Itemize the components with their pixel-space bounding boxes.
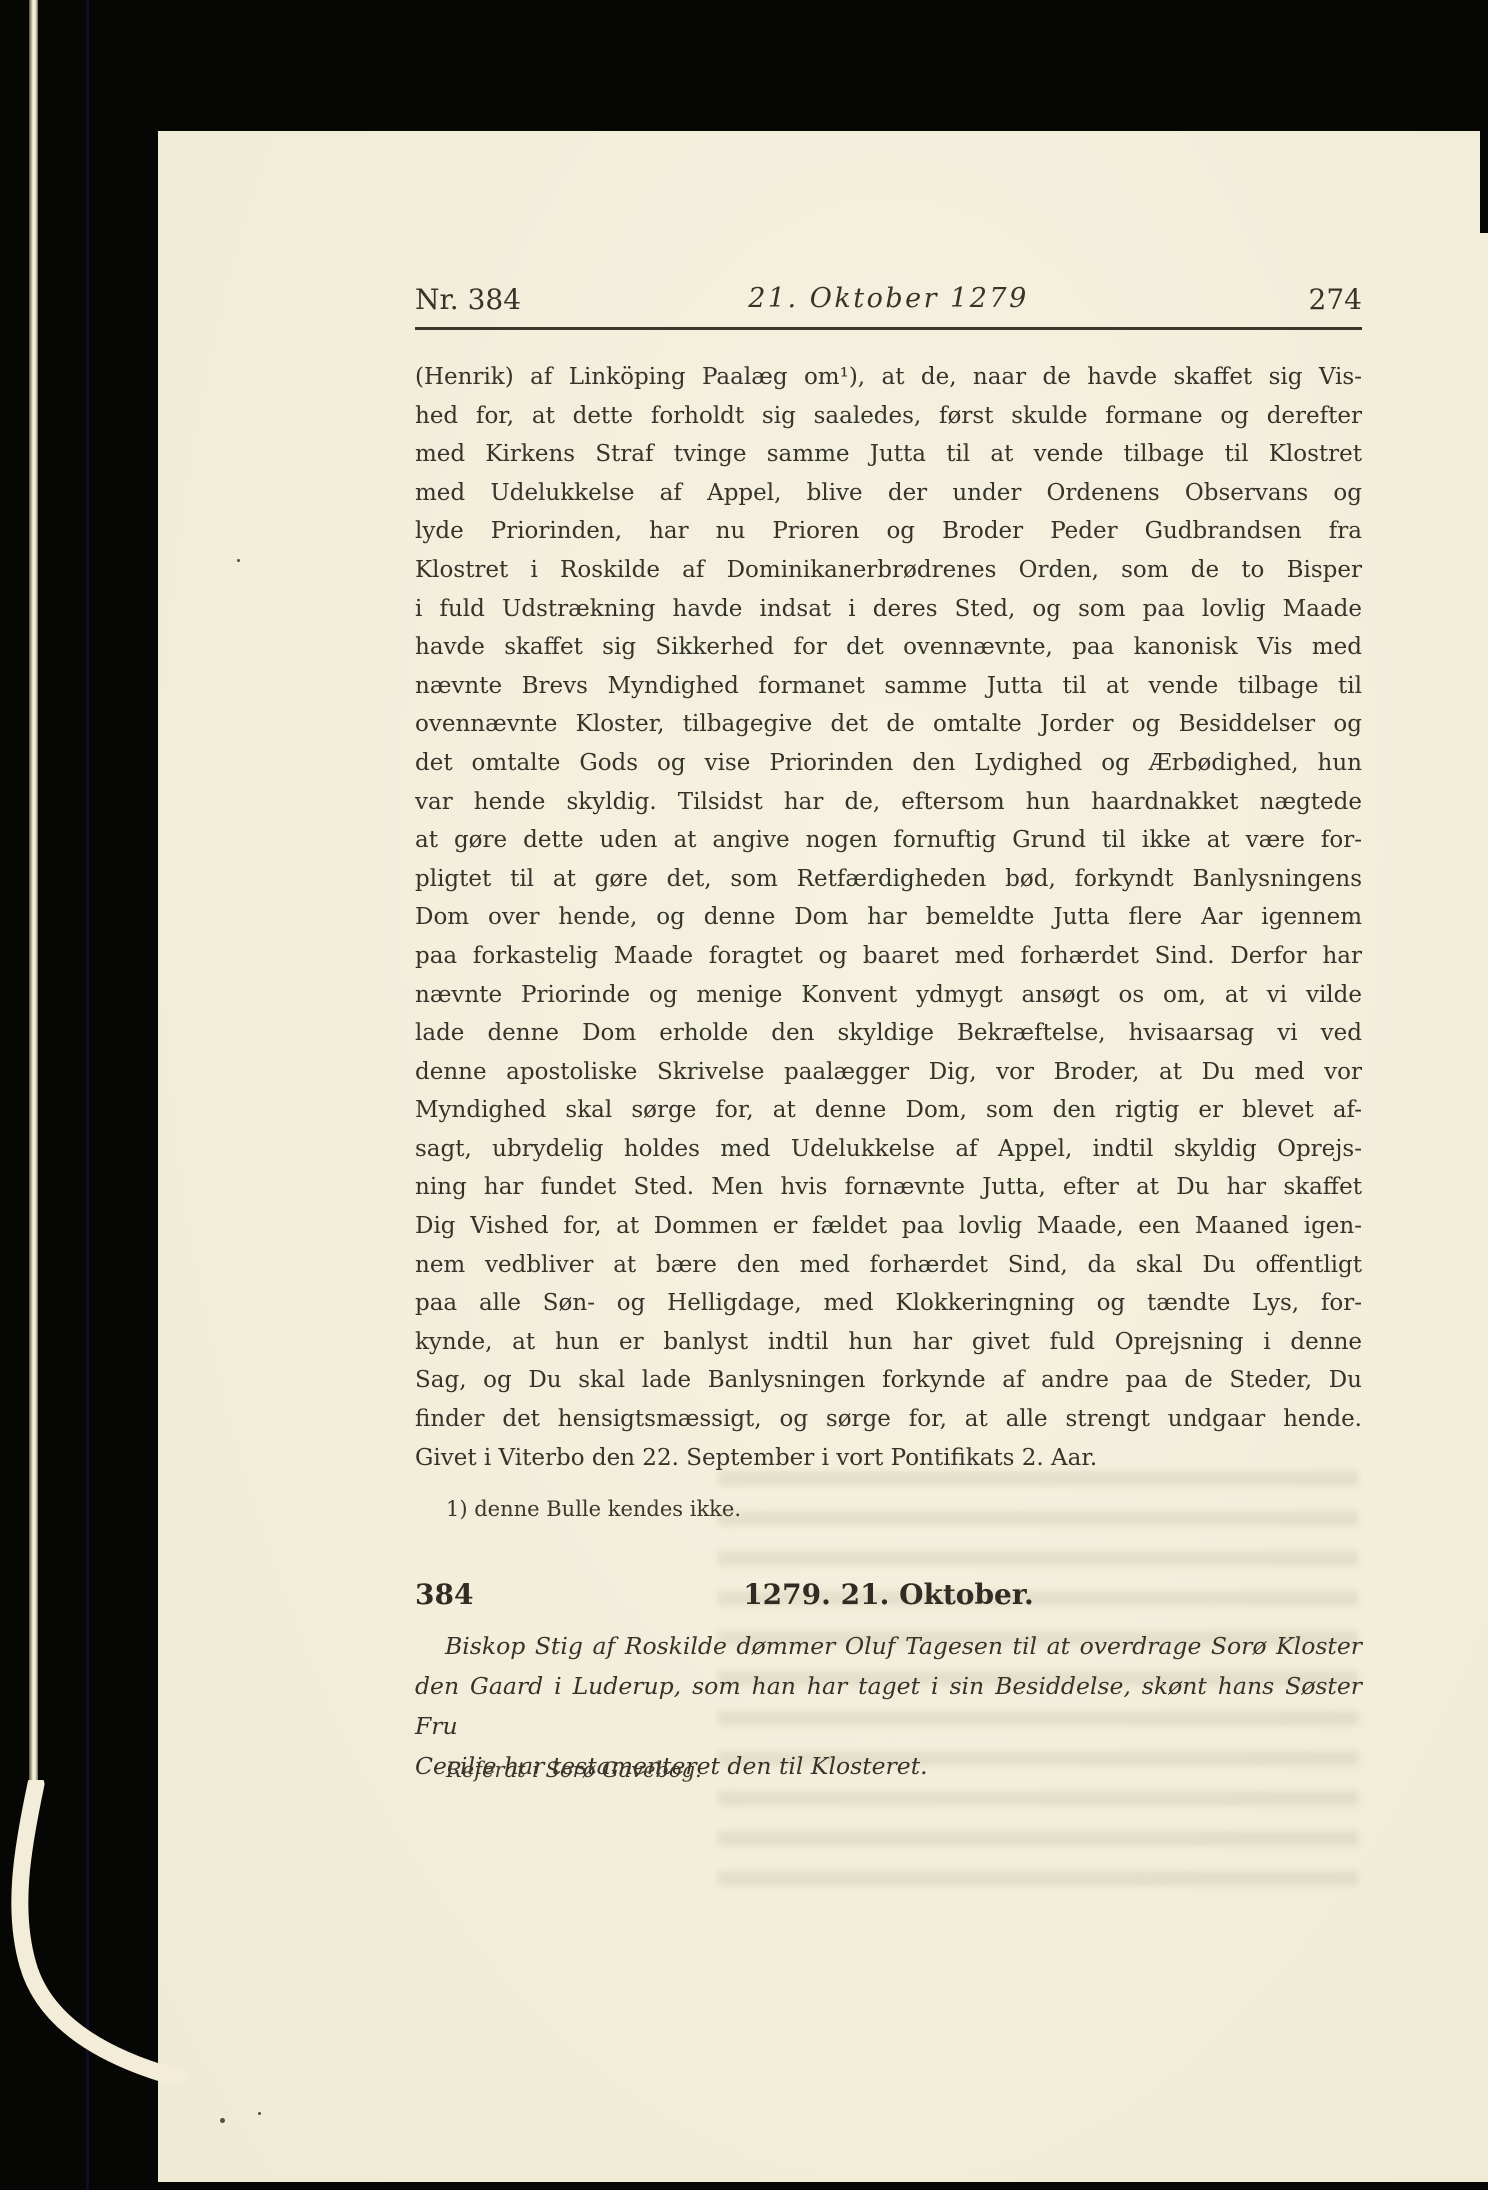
text-line: denne apostoliske Skrivelse paalægger Di… — [415, 1053, 1362, 1092]
text-line: nævnte Priorinde og menige Konvent ydmyg… — [415, 976, 1362, 1015]
text-line: i fuld Udstrækning havde indsat i deres … — [415, 590, 1362, 629]
paper-speck — [220, 2118, 225, 2123]
text-line: sagt, ubrydelig holdes med Udelukkelse a… — [415, 1130, 1362, 1169]
text-line: med Kirkens Straf tvinge samme Jutta til… — [415, 435, 1362, 474]
document-body: (Henrik) af Linköping Paalæg om¹), at de… — [415, 358, 1362, 1477]
header-rule — [415, 327, 1362, 330]
text-line: Givet i Viterbo den 22. September i vort… — [415, 1439, 1362, 1478]
text-line: Sag, og Du skal lade Banlysningen forkyn… — [415, 1361, 1362, 1400]
text-line: (Henrik) af Linköping Paalæg om¹), at de… — [415, 358, 1362, 397]
text-line: havde skaffet sig Sikkerhed for det oven… — [415, 628, 1362, 667]
paper-speck — [237, 559, 240, 562]
book-scan: Nr. 384 21. Oktober 1279 274 (Henrik) af… — [0, 0, 1488, 2190]
text-line: nævnte Brevs Myndighed formanet samme Ju… — [415, 667, 1362, 706]
text-line: Dig Vished for, at Dommen er fældet paa … — [415, 1207, 1362, 1246]
text-line: ovennævnte Kloster, tilbagegive det de o… — [415, 705, 1362, 744]
text-line: Dom over hende, og denne Dom har bemeldt… — [415, 898, 1362, 937]
entry-heading: 384 1279. 21. Oktober. — [415, 1578, 1362, 1611]
text-line: pligtet til at gøre det, som Retfærdighe… — [415, 860, 1362, 899]
page-number: 274 — [415, 283, 1362, 316]
text-line: det omtalte Gods og vise Priorinden den … — [415, 744, 1362, 783]
scan-margin-bottom — [0, 2182, 1488, 2190]
entry-number: 384 — [415, 1578, 473, 1611]
book-page: Nr. 384 21. Oktober 1279 274 (Henrik) af… — [158, 131, 1488, 2182]
scan-margin-top — [0, 0, 1488, 131]
text-line: Biskop Stig af Roskilde dømmer Oluf Tage… — [415, 1626, 1362, 1666]
footnote: 1) denne Bulle kendes ikke. — [446, 1497, 741, 1521]
text-line: nem vedbliver at bære den med forhærdet … — [415, 1246, 1362, 1285]
entry-source: Referat i Sorø Gavebog. — [446, 1758, 702, 1782]
text-line: paa alle Søn- og Helligdage, med Klokker… — [415, 1284, 1362, 1323]
text-line: var hende skyldig. Tilsidst har de, efte… — [415, 783, 1362, 822]
text-line: Myndighed skal sørge for, at denne Dom, … — [415, 1091, 1362, 1130]
text-line: den Gaard i Luderup, som han har taget i… — [415, 1666, 1362, 1746]
text-line: paa forkastelig Maade foragtet og baaret… — [415, 937, 1362, 976]
text-line: kynde, at hun er banlyst indtil hun har … — [415, 1323, 1362, 1362]
entry-date-heading: 1279. 21. Oktober. — [743, 1578, 1034, 1611]
text-line: med Udelukkelse af Appel, blive der unde… — [415, 474, 1362, 513]
page-corner-curl — [0, 1780, 200, 2090]
scan-margin-right-sliver — [1480, 131, 1488, 233]
text-line: at gøre dette uden at angive nogen fornu… — [415, 821, 1362, 860]
text-line: ning har fundet Sted. Men hvis fornævnte… — [415, 1168, 1362, 1207]
text-line: lade denne Dom erholde den skyldige Bekr… — [415, 1014, 1362, 1053]
adjacent-page-edge — [29, 0, 38, 1802]
text-line: Klostret i Roskilde af Dominikanerbrødre… — [415, 551, 1362, 590]
text-line: lyde Priorinden, har nu Prioren og Brode… — [415, 512, 1362, 551]
text-line: hed for, at dette forholdt sig saaledes,… — [415, 397, 1362, 436]
paper-speck — [258, 2112, 261, 2115]
text-line: finder det hensigtsmæssigt, og sørge for… — [415, 1400, 1362, 1439]
